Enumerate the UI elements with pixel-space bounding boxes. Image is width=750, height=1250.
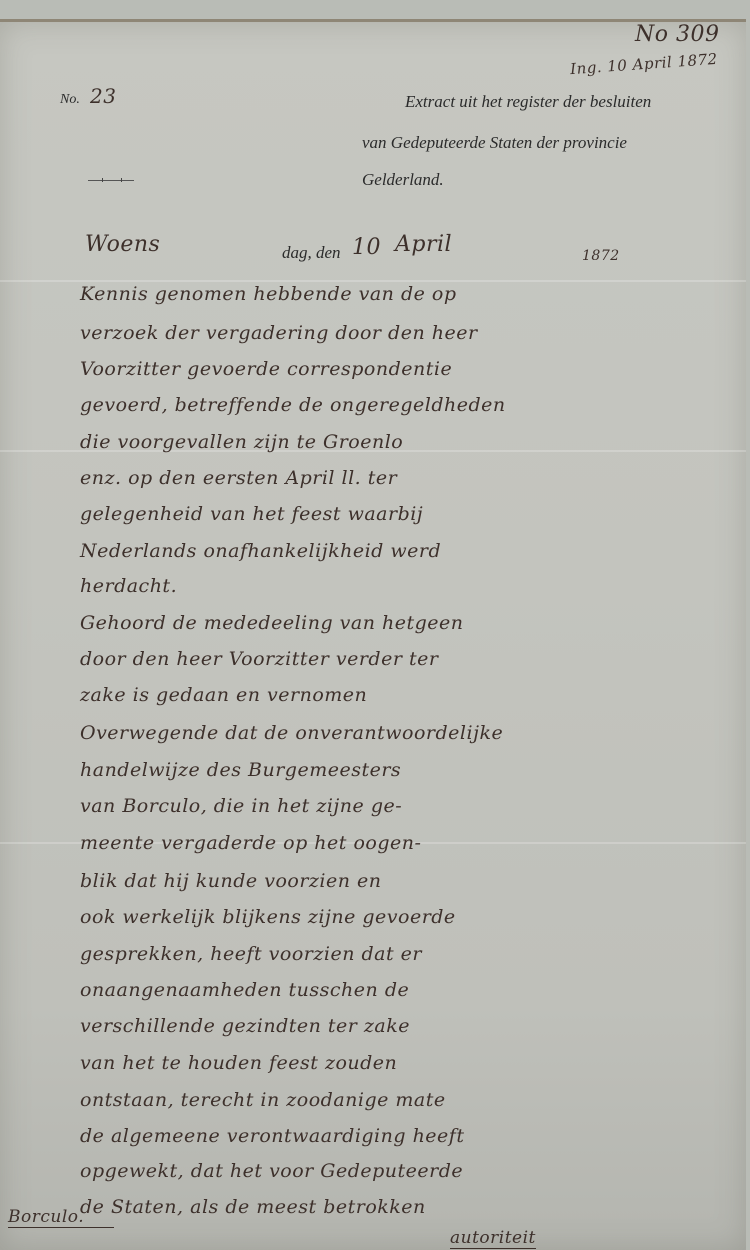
body-line: verschillende gezindten ter zake	[80, 1015, 410, 1037]
dateline-weekday: Woens	[85, 232, 160, 257]
margin-note: Borculo.	[8, 1207, 114, 1228]
body-line: gesprekken, heeft voorzien dat er	[80, 943, 422, 965]
body-line: de algemeene verontwaardiging heeft	[80, 1125, 464, 1147]
dateline-month: April	[395, 232, 452, 257]
body-line: gevoerd, betreffende de ongeregeldheden	[80, 394, 506, 416]
body-line: de Staten, als de meest betrokken	[80, 1196, 426, 1218]
ornament-divider	[88, 180, 134, 181]
body-line: blik dat hij kunde voorzien en	[80, 870, 382, 892]
body-line: handelwijze des Burgemeesters	[80, 759, 401, 781]
body-line: Gehoord de mededeeling van hetgeen	[80, 612, 464, 634]
number-label: No.	[60, 92, 80, 108]
body-line: door den heer Voorzitter verder ter	[80, 648, 438, 670]
body-line: herdacht.	[80, 575, 177, 597]
printed-title-line: van Gedeputeerde Staten der provincie	[362, 133, 627, 153]
body-line: Nederlands onafhankelijkheid werd	[80, 540, 441, 562]
body-line: onaangenaamheden tusschen de	[80, 979, 409, 1001]
number-value: 23	[90, 84, 116, 108]
body-line-closing: autoriteit	[450, 1228, 536, 1247]
dateline-year: 1872	[582, 248, 620, 264]
body-line: van het te houden feest zouden	[80, 1052, 397, 1074]
body-line: Voorzitter gevoerde correspondentie	[80, 358, 452, 380]
body-line: van Borculo, die in het zijne ge-	[80, 795, 402, 817]
paper-fold	[0, 280, 746, 282]
printed-title-line: Gelderland.	[362, 170, 444, 190]
body-line: Kennis genomen hebbende van de op	[80, 283, 457, 305]
body-line: opgewekt, dat het voor Gedeputeerde	[80, 1160, 463, 1182]
registration-number: No 309	[635, 22, 719, 47]
printed-title-line: Extract uit het register der besluiten	[405, 92, 651, 112]
body-line: Overwegende dat de onverantwoordelijke	[80, 722, 503, 744]
body-line: zake is gedaan en vernomen	[80, 684, 367, 706]
body-line: enz. op den eersten April ll. ter	[80, 467, 397, 489]
body-line: ook werkelijk blijkens zijne gevoerde	[80, 906, 456, 928]
body-line: verzoek der vergadering door den heer	[80, 322, 478, 344]
dateline-day: 10	[352, 235, 381, 260]
body-line: meente vergaderde op het oogen-	[80, 832, 421, 854]
dateline-printed: dag, den	[282, 243, 341, 263]
body-line: die voorgevallen zijn te Groenlo	[80, 431, 403, 453]
body-line: ontstaan, terecht in zoodanige mate	[80, 1089, 446, 1111]
body-line: gelegenheid van het feest waarbij	[80, 503, 423, 525]
